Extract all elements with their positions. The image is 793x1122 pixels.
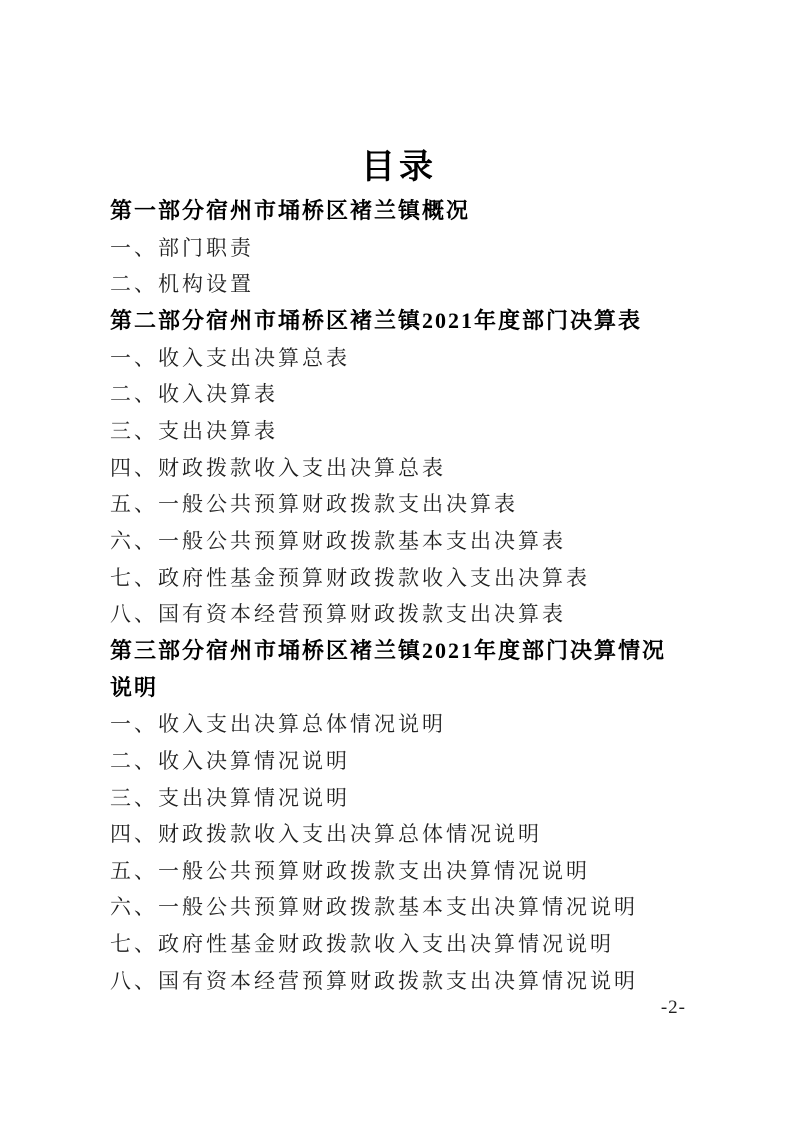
toc-item: 六、一般公共预算财政拨款基本支出决算表 bbox=[110, 523, 688, 560]
toc-item: 七、政府性基金财政拨款收入支出决算情况说明 bbox=[110, 926, 688, 963]
page-number: -2- bbox=[661, 997, 686, 1019]
section-1-heading: 第一部分宿州市埇桥区褚兰镇概况 bbox=[110, 193, 688, 230]
toc-item: 二、收入决算情况说明 bbox=[110, 743, 688, 780]
toc-item: 六、一般公共预算财政拨款基本支出决算情况说明 bbox=[110, 889, 688, 926]
toc-item: 一、收入支出决算总表 bbox=[110, 340, 688, 377]
toc-item: 八、国有资本经营预算财政拨款支出决算表 bbox=[110, 596, 688, 633]
toc-item: 七、政府性基金预算财政拨款收入支出决算表 bbox=[110, 560, 688, 597]
page-title: 目录 bbox=[110, 146, 688, 188]
toc-item: 三、支出决算表 bbox=[110, 413, 688, 450]
toc-item: 八、国有资本经营预算财政拨款支出决算情况说明 bbox=[110, 963, 688, 1000]
toc-item: 二、机构设置 bbox=[110, 266, 688, 303]
toc-item: 三、支出决算情况说明 bbox=[110, 780, 688, 817]
toc-item: 四、财政拨款收入支出决算总体情况说明 bbox=[110, 816, 688, 853]
toc-item: 四、财政拨款收入支出决算总表 bbox=[110, 450, 688, 487]
toc-item: 二、收入决算表 bbox=[110, 376, 688, 413]
section-2-heading: 第二部分宿州市埇桥区褚兰镇2021年度部门决算表 bbox=[110, 303, 688, 340]
toc-item: 一、部门职责 bbox=[110, 230, 688, 267]
section-3-heading: 第三部分宿州市埇桥区褚兰镇2021年度部门决算情况说明 bbox=[110, 633, 688, 706]
toc-item: 五、一般公共预算财政拨款支出决算情况说明 bbox=[110, 853, 688, 890]
toc-content: 目录 第一部分宿州市埇桥区褚兰镇概况 一、部门职责 二、机构设置 第二部分宿州市… bbox=[110, 146, 688, 999]
toc-item: 一、收入支出决算总体情况说明 bbox=[110, 706, 688, 743]
document-page: 目录 第一部分宿州市埇桥区褚兰镇概况 一、部门职责 二、机构设置 第二部分宿州市… bbox=[0, 0, 793, 1122]
toc-item: 五、一般公共预算财政拨款支出决算表 bbox=[110, 486, 688, 523]
